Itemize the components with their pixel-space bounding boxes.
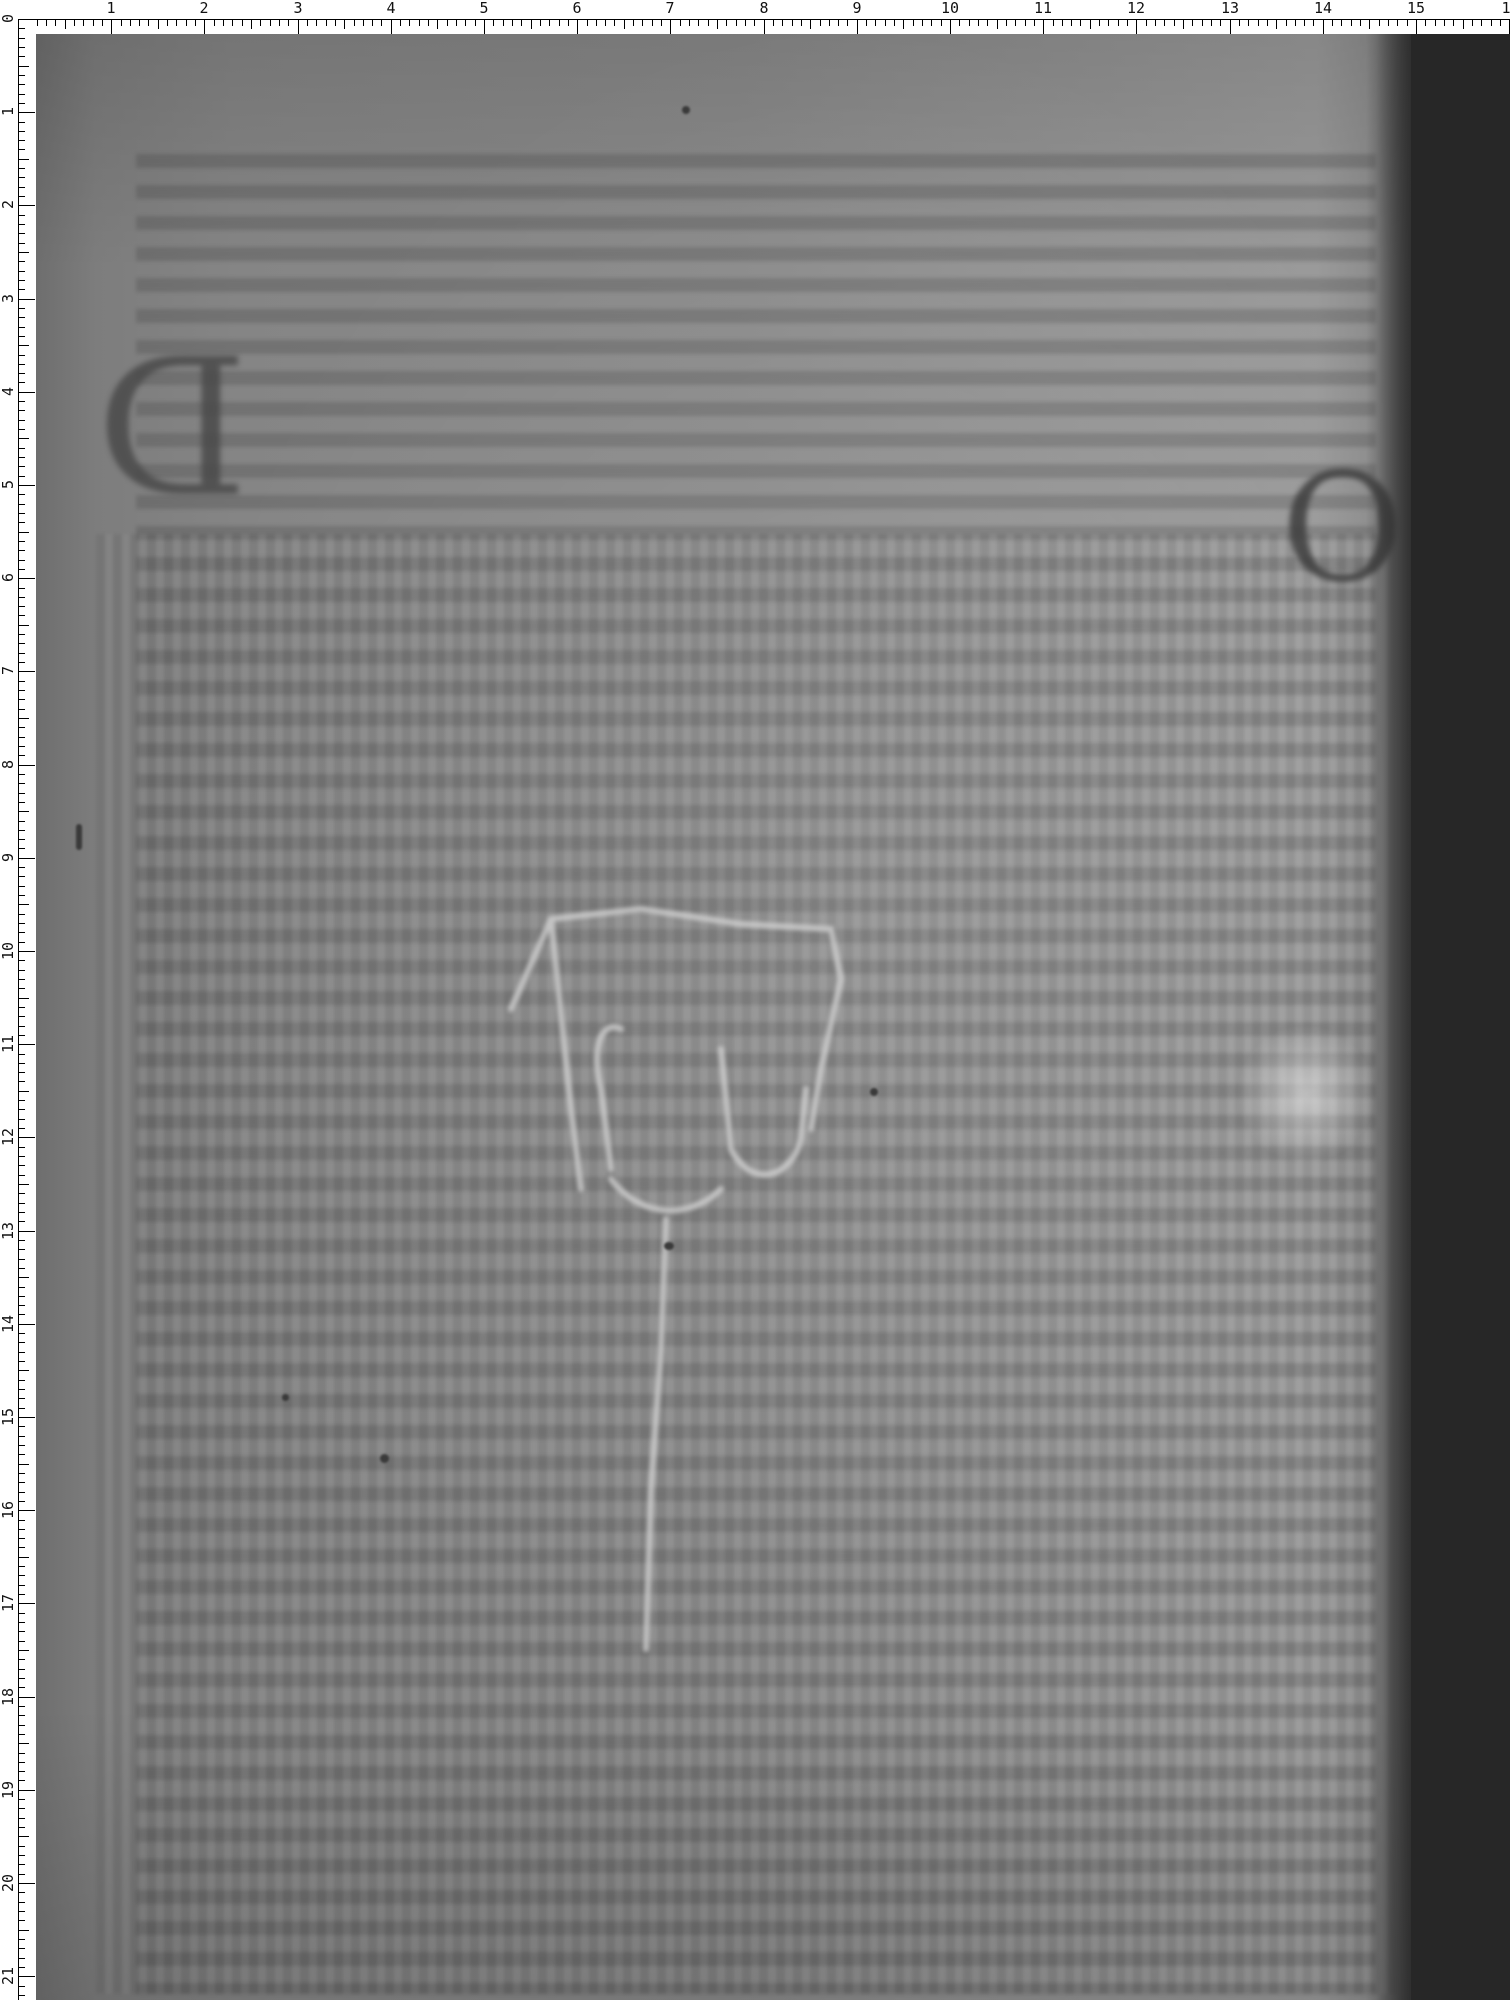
ruler-tick xyxy=(18,839,25,840)
ruler-tick xyxy=(18,951,35,952)
ruler-tick xyxy=(1500,19,1501,26)
ruler-tick xyxy=(1155,19,1156,26)
ruler-label: 7 xyxy=(665,0,674,16)
ruler-tick xyxy=(18,1715,25,1716)
ruler-label: 4 xyxy=(386,0,395,16)
ruler-tick xyxy=(18,1743,29,1744)
ruler-label: 13 xyxy=(0,1222,16,1240)
ruler-tick xyxy=(18,1827,25,1828)
ruler-tick xyxy=(18,457,25,458)
ruler-tick xyxy=(18,308,25,309)
ruler-tick xyxy=(18,1436,25,1437)
ruler-tick xyxy=(18,476,25,477)
ruler-tick xyxy=(18,1641,25,1642)
ruler-tick xyxy=(18,94,25,95)
ruler-tick xyxy=(316,19,317,26)
ruler-tick xyxy=(381,19,382,26)
ruler-tick xyxy=(18,1426,25,1427)
ruler-tick xyxy=(1099,19,1100,26)
ruler-tick xyxy=(18,746,25,747)
ruler-tick xyxy=(1164,19,1165,26)
ruler-label: 14 xyxy=(1314,0,1332,16)
ruler-tick xyxy=(18,1091,29,1092)
ruler-tick xyxy=(18,1967,25,1968)
ruler-tick xyxy=(18,876,25,877)
ruler-tick xyxy=(1034,19,1035,26)
ruler-tick xyxy=(18,243,25,244)
ruler-tick xyxy=(279,19,280,26)
ruler-tick xyxy=(1407,19,1408,26)
ink-dot xyxy=(682,106,690,114)
ruler-tick xyxy=(18,47,25,48)
ruler-tick xyxy=(93,19,94,26)
ruler-tick xyxy=(18,737,25,738)
ruler-tick xyxy=(260,19,261,26)
ruler-tick xyxy=(18,597,25,598)
ruler-tick xyxy=(1025,19,1026,26)
ruler-tick xyxy=(745,19,746,26)
ruler-tick xyxy=(18,1799,25,1800)
ruler-label: 11 xyxy=(0,1035,16,1053)
ruler-tick xyxy=(894,19,895,26)
ruler-tick xyxy=(633,19,634,26)
ruler-tick xyxy=(18,858,35,859)
ruler-tick xyxy=(18,1109,25,1110)
ruler-tick xyxy=(18,1147,25,1148)
ruler-tick xyxy=(18,438,29,439)
ruler-tick xyxy=(698,19,699,26)
ruler-label: 3 xyxy=(293,0,302,16)
ruler-tick xyxy=(540,19,541,26)
ruler-tick xyxy=(18,1855,25,1856)
ruler-tick xyxy=(1491,19,1492,26)
ruler-tick xyxy=(568,19,569,26)
ruler-label: 4 xyxy=(0,387,16,396)
ruler-tick xyxy=(1090,19,1091,29)
ruler-tick xyxy=(18,1389,25,1390)
ruler-tick xyxy=(18,811,29,812)
ruler-tick xyxy=(139,19,140,26)
ruler-tick xyxy=(1248,19,1249,26)
ruler-tick xyxy=(18,1007,25,1008)
ruler-tick xyxy=(708,19,709,26)
ruler-tick xyxy=(18,1520,25,1521)
ruler-tick xyxy=(18,1669,25,1670)
ruler-tick xyxy=(484,19,485,34)
ruler-tick xyxy=(18,1538,25,1539)
ruler-label: 17 xyxy=(0,1594,16,1612)
ruler-tick xyxy=(18,1016,25,1017)
ruler-tick xyxy=(1071,19,1072,26)
ruler-tick xyxy=(903,19,904,29)
ruler-tick xyxy=(18,1762,25,1763)
ruler-tick xyxy=(18,1100,25,1101)
ruler-tick xyxy=(18,364,25,365)
ruler-tick xyxy=(736,19,737,26)
ruler-tick xyxy=(18,699,25,700)
ruler-tick xyxy=(18,886,25,887)
ruler-label: 16 xyxy=(0,1501,16,1519)
ruler-tick xyxy=(18,1417,35,1418)
ruler-tick xyxy=(661,19,662,26)
ruler-tick xyxy=(18,1277,29,1278)
ruler-label: 0 xyxy=(0,14,16,23)
ruler-tick xyxy=(270,19,271,26)
ruler-label: 7 xyxy=(0,666,16,675)
ruler-tick xyxy=(18,233,25,234)
ruler-tick xyxy=(18,466,25,467)
ruler-tick xyxy=(176,19,177,26)
ruler-tick xyxy=(409,19,410,26)
ruler-tick xyxy=(950,19,951,34)
ruler-tick xyxy=(111,19,112,34)
ruler-tick xyxy=(1379,19,1380,26)
ruler-tick xyxy=(18,429,25,430)
ruler-tick xyxy=(18,1398,25,1399)
ruler-tick xyxy=(465,19,466,26)
ruler-tick xyxy=(167,19,168,26)
ruler-tick xyxy=(18,1212,25,1213)
ruler-tick xyxy=(1267,19,1268,26)
ruler-tick xyxy=(587,19,588,26)
ruler-tick xyxy=(475,19,476,26)
ink-dot xyxy=(664,1242,674,1250)
ruler-tick xyxy=(18,970,25,971)
ruler-label: 12 xyxy=(0,1128,16,1146)
ruler-tick xyxy=(18,1790,35,1791)
ruler-tick xyxy=(18,504,25,505)
ruler-tick xyxy=(18,1054,25,1055)
ruler-tick xyxy=(1425,19,1426,26)
ruler-tick xyxy=(18,1501,25,1502)
ruler-tick xyxy=(931,19,932,26)
ruler-tick xyxy=(1313,19,1314,26)
ruler-tick xyxy=(493,19,494,26)
ruler-tick xyxy=(18,205,35,206)
ruler-tick xyxy=(1463,19,1464,29)
ruler-tick xyxy=(18,410,25,411)
ruler-tick xyxy=(642,19,643,26)
ruler-tick xyxy=(18,1510,35,1511)
ruler-tick xyxy=(18,942,25,943)
ruler-tick xyxy=(18,1687,25,1688)
ruler-tick xyxy=(1043,19,1044,34)
ruler-tick xyxy=(18,895,25,896)
ruler-tick xyxy=(204,19,205,34)
ruler-tick xyxy=(875,19,876,26)
ruler-tick xyxy=(18,1874,25,1875)
ruler-tick xyxy=(18,1165,25,1166)
ruler-tick xyxy=(18,634,25,635)
ruler-tick xyxy=(18,215,25,216)
ruler-tick xyxy=(1388,19,1389,26)
ruler-tick xyxy=(1015,19,1016,26)
ruler-label: 20 xyxy=(0,1874,16,1892)
ruler-tick xyxy=(1276,19,1277,29)
ruler-tick xyxy=(1341,19,1342,26)
ruler-tick xyxy=(18,569,25,570)
ruler-tick xyxy=(559,19,560,26)
ruler-tick xyxy=(18,271,25,272)
ruler-tick xyxy=(130,19,131,26)
ruler-tick xyxy=(1286,19,1287,26)
ruler-tick xyxy=(18,1342,25,1343)
ruler-tick xyxy=(18,1137,35,1138)
ruler-tick xyxy=(1369,19,1370,29)
ruler-tick xyxy=(18,1529,25,1530)
ruler-tick xyxy=(18,1408,25,1409)
ruler-tick xyxy=(764,19,765,34)
ruler-tick xyxy=(18,1314,25,1315)
ruler-tick xyxy=(18,140,25,141)
ruler-tick xyxy=(1472,19,1473,26)
ruler-tick xyxy=(18,1221,25,1222)
ruler-tick xyxy=(18,681,25,682)
ruler-label: 13 xyxy=(1221,0,1239,16)
ruler-tick xyxy=(18,1566,25,1567)
ruler-tick xyxy=(18,1305,25,1306)
ruler-tick xyxy=(18,112,35,113)
ruler-tick xyxy=(18,355,25,356)
ruler-tick xyxy=(18,224,25,225)
ruler-tick xyxy=(1220,19,1221,26)
ruler-tick xyxy=(1239,19,1240,26)
ruler-tick xyxy=(1202,19,1203,26)
ruler-tick xyxy=(1295,19,1296,26)
ruler-tick xyxy=(37,19,38,26)
ruler-tick xyxy=(1174,19,1175,26)
ruler-tick xyxy=(18,196,25,197)
ruler-tick xyxy=(18,588,25,589)
ruler-tick xyxy=(18,1575,25,1576)
ruler-label: 9 xyxy=(852,0,861,16)
ruler-tick xyxy=(782,19,783,26)
ruler-tick xyxy=(1453,19,1454,26)
ruler-tick xyxy=(18,1780,25,1781)
ruler-tick xyxy=(1006,19,1007,26)
ruler-tick xyxy=(18,401,25,402)
ruler-tick xyxy=(18,904,29,905)
ruler-label: 1 xyxy=(0,107,16,116)
ruler-tick xyxy=(18,848,25,849)
ruler-label: 15 xyxy=(0,1408,16,1426)
ruler-tick xyxy=(372,19,373,26)
ruler-tick xyxy=(1435,19,1436,26)
ruler-tick xyxy=(18,783,25,784)
ruler-tick xyxy=(18,1361,25,1362)
ruler-tick xyxy=(18,774,25,775)
ruler-tick xyxy=(18,1324,35,1325)
ruler-tick xyxy=(18,1231,35,1232)
ruler-tick xyxy=(18,1557,29,1558)
ruler-tick xyxy=(18,1156,25,1157)
ruler-tick xyxy=(18,177,25,178)
ruler-tick xyxy=(18,1939,25,1940)
ruler-tick xyxy=(18,522,25,523)
ruler-tick xyxy=(801,19,802,26)
ruler-tick xyxy=(18,718,29,719)
ruler-tick xyxy=(18,103,25,104)
ruler-tick xyxy=(18,19,35,20)
ruler-tick xyxy=(18,1184,29,1185)
ruler-tick xyxy=(1127,19,1128,26)
ruler-tick xyxy=(251,19,252,29)
ruler-label: 12 xyxy=(1127,0,1145,16)
ruler-tick xyxy=(18,755,25,756)
ink-dot xyxy=(380,1454,389,1463)
ruler-tick xyxy=(18,1771,25,1772)
ruler-tick xyxy=(186,19,187,26)
ruler-tick xyxy=(18,168,25,169)
ruler-tick xyxy=(18,988,25,989)
ruler-tick xyxy=(18,1930,29,1931)
ruler-tick xyxy=(18,75,25,76)
ruler-tick xyxy=(847,19,848,26)
ruler-tick xyxy=(354,19,355,26)
ruler-tick xyxy=(18,1287,25,1288)
ruler-label: 15 xyxy=(1407,0,1425,16)
ruler-tick xyxy=(614,19,615,26)
ruler-tick xyxy=(18,1249,25,1250)
ruler-tick xyxy=(65,19,66,29)
ink-mark xyxy=(76,824,82,850)
ruler-tick xyxy=(18,382,25,383)
ruler-tick xyxy=(18,1734,25,1735)
ruler-tick xyxy=(18,998,29,999)
ruler-tick xyxy=(1416,19,1417,34)
ruler-tick xyxy=(1323,19,1324,34)
ruler-tick xyxy=(158,19,159,29)
ruler-label: 8 xyxy=(0,760,16,769)
ruler-tick xyxy=(18,1203,25,1204)
ruler-tick xyxy=(18,38,25,39)
ruler-tick xyxy=(428,19,429,26)
ruler-tick xyxy=(18,122,25,123)
ruler-tick xyxy=(18,932,25,933)
ruler-tick xyxy=(83,19,84,26)
ruler-tick xyxy=(18,1808,25,1809)
ruler-tick xyxy=(1146,19,1147,26)
ruler-tick xyxy=(549,19,550,26)
ruler-tick xyxy=(18,867,25,868)
ruler-tick xyxy=(18,793,25,794)
background-shadow-region xyxy=(1411,34,1510,2000)
ruler-tick xyxy=(18,662,25,663)
ruler-tick xyxy=(456,19,457,26)
ruler-tick xyxy=(18,1454,25,1455)
ruler-tick xyxy=(18,1678,25,1679)
ruler-tick xyxy=(400,19,401,26)
ruler-tick xyxy=(18,1026,25,1027)
ruler-label: 18 xyxy=(0,1688,16,1706)
ruler-tick xyxy=(1183,19,1184,29)
ruler-tick xyxy=(18,317,25,318)
ruler-tick xyxy=(391,19,392,34)
initial-letter-d: D xyxy=(96,334,248,524)
ruler-tick xyxy=(18,960,25,961)
ruler-tick xyxy=(18,420,25,421)
ruler-tick xyxy=(326,19,327,26)
ruler-tick xyxy=(18,1948,25,1949)
ruler-tick xyxy=(18,1995,25,1996)
ruler-tick xyxy=(18,1492,25,1493)
ruler-tick xyxy=(1360,19,1361,26)
ruler-tick xyxy=(1481,19,1482,26)
ruler-tick xyxy=(885,19,886,26)
ruler-label: 11 xyxy=(1034,0,1052,16)
ruler-tick xyxy=(1118,19,1119,26)
ruler-tick xyxy=(18,1725,25,1726)
ruler-tick xyxy=(18,1175,25,1176)
ruler-tick xyxy=(857,19,858,34)
ruler-tick xyxy=(288,19,289,26)
ruler-tick xyxy=(866,19,867,26)
ruler-tick xyxy=(18,606,25,607)
ruler-tick xyxy=(1230,19,1231,34)
ruler-label: 21 xyxy=(0,1967,16,1985)
ruler-tick xyxy=(18,1547,25,1548)
ruler-label: 5 xyxy=(479,0,488,16)
ruler-tick xyxy=(18,1240,25,1241)
ruler-label: 1 xyxy=(1501,0,1510,16)
ruler-tick xyxy=(18,485,35,486)
ruler-label: 2 xyxy=(0,200,16,209)
ruler-label: 10 xyxy=(941,0,959,16)
ruler-label: 6 xyxy=(572,0,581,16)
ruler-tick xyxy=(18,532,29,533)
ruler-tick xyxy=(18,28,25,29)
ruler-tick xyxy=(18,1063,25,1064)
ruler-tick xyxy=(922,19,923,26)
ruler-tick xyxy=(18,578,35,579)
ruler-tick xyxy=(773,19,774,26)
ruler-tick xyxy=(1062,19,1063,26)
ruler-tick xyxy=(18,1585,25,1586)
ruler-tick xyxy=(1351,19,1352,26)
ruler-tick xyxy=(419,19,420,26)
ink-dot xyxy=(282,1394,289,1401)
ruler-tick xyxy=(437,19,438,29)
ruler-tick xyxy=(18,1631,25,1632)
ruler-tick xyxy=(18,541,25,542)
ruler-tick xyxy=(1397,19,1398,26)
ruler-tick xyxy=(18,1380,25,1381)
ruler-tick xyxy=(18,56,25,57)
ruler-tick xyxy=(521,19,522,26)
ruler-tick xyxy=(18,1753,25,1754)
ruler-tick xyxy=(18,1883,35,1884)
ruler-tick xyxy=(18,1081,25,1082)
ruler-label: 9 xyxy=(0,853,16,862)
ruler-tick xyxy=(18,1035,25,1036)
ruler-tick xyxy=(624,19,625,29)
document-scan: D O xyxy=(36,34,1510,2000)
ruler-left: 0123456789101112131415161718192021 xyxy=(0,0,35,2000)
ruler-tick xyxy=(18,159,29,160)
ruler-tick xyxy=(18,1836,29,1837)
ruler-tick xyxy=(18,979,25,980)
ruler-tick xyxy=(18,1986,25,1987)
ruler-tick xyxy=(754,19,755,26)
ruler-tick xyxy=(298,19,299,34)
ruler-tick xyxy=(18,66,29,67)
ruler-tick xyxy=(18,1892,25,1893)
ruler-tick xyxy=(717,19,718,29)
ruler-tick xyxy=(18,1613,25,1614)
ruler-tick xyxy=(344,19,345,29)
ruler-tick xyxy=(18,653,25,654)
ruler-label: 14 xyxy=(0,1315,16,1333)
